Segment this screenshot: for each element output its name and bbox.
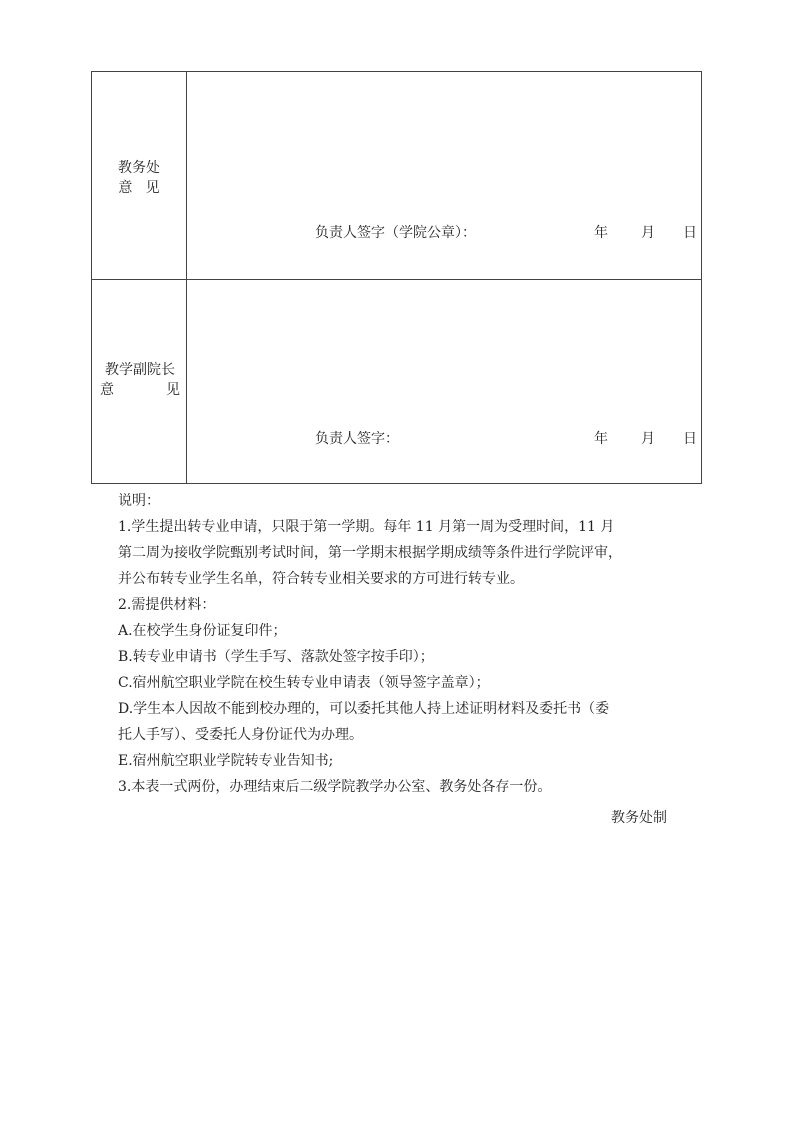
date-day: 日 <box>683 222 697 242</box>
label-line1: 教务处 <box>92 158 186 178</box>
issuer-signoff: 教务处制 <box>611 807 667 827</box>
note-line: 托人手写）、受委托人身份证代为办理。 <box>118 722 698 748</box>
note-line: C.宿州航空职业学院在校生转专业申请表（领导签字盖章）； <box>118 670 698 696</box>
note-line: D.学生本人因故不能到校办理的，可以委托其他人持上述证明材料及委托书（委 <box>118 696 698 722</box>
note-line: E.宿州航空职业学院转专业告知书; <box>118 748 698 774</box>
note-line: 第二周为接收学院甄别考试时间，第一学期末根据学期成绩等条件进行学院评审， <box>118 540 698 566</box>
notes-heading: 说明： <box>118 488 698 514</box>
label-line2: 意 见 <box>92 178 186 198</box>
note-line: 2.需提供材料： <box>118 592 698 618</box>
date-year: 年 <box>594 222 608 242</box>
label-word: 见 <box>146 180 160 196</box>
row-label-vice-president: 教学副院长 意 见 <box>100 360 180 400</box>
date-month: 月 <box>641 428 655 448</box>
note-line: B.转专业申请书（学生手写、落款处签字按手印）； <box>118 644 698 670</box>
label-line1: 教学副院长 <box>100 360 180 380</box>
note-line: 1.学生提出转专业申请，只限于第一学期。每年 11 月第一周为受理时间，11 月 <box>118 514 698 540</box>
label-word: 意 <box>100 380 114 400</box>
notes-section: 说明： 1.学生提出转专业申请，只限于第一学期。每年 11 月第一周为受理时间，… <box>118 488 698 800</box>
date-year: 年 <box>594 428 608 448</box>
note-line: 3.本表一式两份，办理结束后二级学院教学办公室、教务处各存一份。 <box>118 774 698 800</box>
signature-field-vice-president[interactable]: 负责人签字： <box>315 428 399 448</box>
label-word: 意 <box>118 180 132 196</box>
label-word: 见 <box>166 380 180 400</box>
row-divider <box>92 279 701 280</box>
note-line: A.在校学生身份证复印件； <box>118 618 698 644</box>
approval-table: 教务处 意 见 负责人签字（学院公章）： 年 月 日 教学副院长 意 见 负责人… <box>91 71 702 484</box>
date-day: 日 <box>683 428 697 448</box>
row-label-academic-affairs: 教务处 意 见 <box>92 158 186 198</box>
note-line: 并公布转专业学生名单，符合转专业相关要求的方可进行转专业。 <box>118 566 698 592</box>
date-month: 月 <box>641 222 655 242</box>
label-line2: 意 见 <box>100 380 180 400</box>
column-divider <box>186 72 187 483</box>
signature-field-academic-affairs[interactable]: 负责人签字（学院公章）： <box>315 222 476 242</box>
